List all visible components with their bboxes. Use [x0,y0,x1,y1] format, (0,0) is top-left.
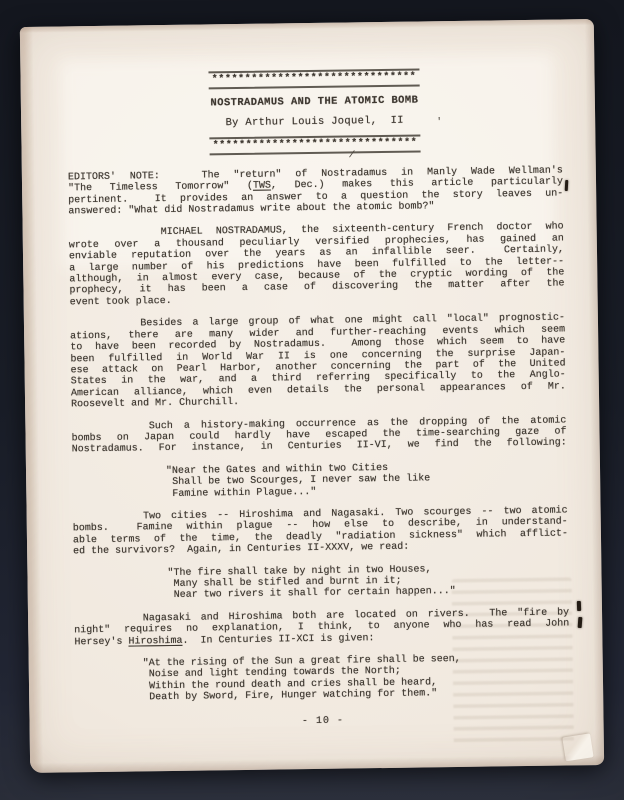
para-two-cities: Two cities -- Hiroshima and Nagasaki. Tw… [73,505,569,558]
article: ******************************* NOSTRADA… [66,66,570,730]
ornament-rule-top: ******************************* [209,68,420,89]
article-byline: By Arthur Louis Joquel, II [67,114,562,132]
ornament-rule-bottom-wrap: ******************************* [67,132,562,157]
article-body: EDITORS' NOTE: The "return" of Nostradam… [68,165,570,705]
corner-fold [562,733,593,761]
editors-note: EDITORS' NOTE: The "return" of Nostradam… [68,165,564,218]
para-rivers: Nagasaki and Hiroshima both are located … [74,607,569,648]
ornament-rule-bottom: ******************************* [210,134,421,155]
para-nostradamus-intro: MICHAEL NOSTRADAMUS, the sixteenth-centu… [69,222,565,309]
article-title: NOSTRADAMUS AND THE ATOMIC BOMB [67,93,562,111]
para-prognostications: Besides a large group of what one might … [70,313,566,411]
article-header: ******************************* NOSTRADA… [66,66,562,157]
staple-mark [565,180,569,191]
zine-page: ******************************* NOSTRADA… [20,19,604,773]
para-atomic-drop: Such a history-making occurrence as the … [71,415,566,456]
quatrain-rising-sun: "At the rising of the Sun a great fire s… [143,652,571,704]
staple-mark [577,601,581,611]
staple-mark [578,617,583,628]
stray-apostrophe-mark: ' [436,117,442,128]
quatrain-fire-by-night: "The fire shall take by night in two Hou… [167,562,568,602]
quatrain-two-cities: "Near the Gates and within two Cities Sh… [166,460,567,500]
